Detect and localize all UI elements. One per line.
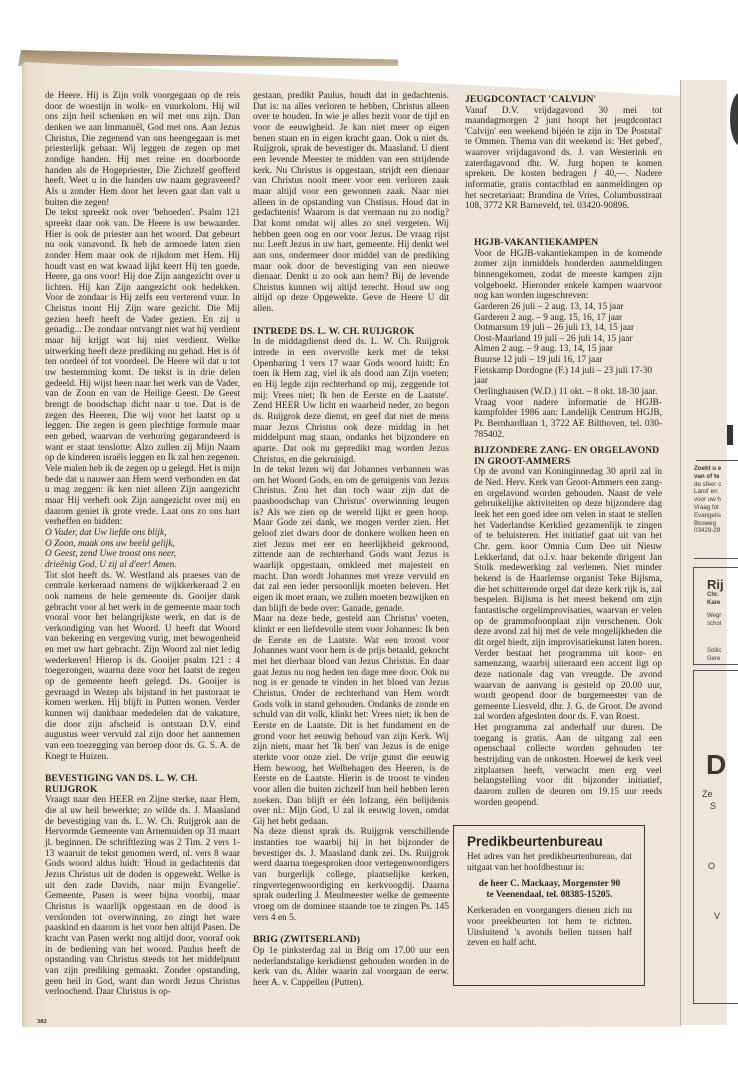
article-body-brig: Op 1e pinksterdag zal in Brig om 17.00 u… (253, 946, 449, 989)
next-page-ad-box-2: D Ze S O V (693, 670, 738, 1004)
fragment-line: schol (707, 621, 738, 629)
column-2: gestaan, predikt Paulus, houdt dat in ge… (253, 91, 449, 989)
camp-list-item: Garderen 2 aug. – 9 aug. 15, 16, 17 jaar (474, 313, 662, 324)
next-page-ad-text: Zoekt u e van of te de sfeer c Land' en … (694, 465, 738, 535)
notice-title: Predikbeurtenbureau (467, 834, 632, 849)
next-page-photo-fragment (730, 92, 738, 146)
fragment-line: Land' en (694, 488, 738, 496)
notice-intro: Het adres van het predikbeurtenbureau, d… (467, 852, 632, 873)
fragment-line: S (710, 801, 716, 811)
next-page-rule (696, 460, 738, 461)
predikbeurtenbureau-notice-box: Predikbeurtenbureau Het adres van het pr… (453, 825, 645, 986)
article-heading-jeugdcontact: JEUGDCONTACT 'CALVIJN' (465, 95, 662, 106)
hgjb-section: HGJB-VAKANTIEKAMPEN Voor de HGJB-vakanti… (465, 238, 662, 808)
fragment-big-letter: D (706, 749, 726, 781)
camp-list-item: Garderen 26 juli – 2 aug. 13, 14, 15 jaa… (474, 302, 662, 313)
next-page-heading-fragment (727, 425, 733, 445)
closing-paragraph: Tot slot heeft ds. W. Westland als praes… (45, 571, 240, 763)
article-paragraph: In de middagdienst deed ds. L. W. Ch. Ru… (253, 337, 449, 465)
fragment-line: 03429-29 (694, 527, 738, 535)
fragment-line: Sollic (707, 648, 738, 656)
fragment-line: Wegr (707, 613, 738, 621)
camp-list-item: Ootmarsum 19 juli – 26 juli 13, 14, 15 j… (474, 323, 662, 334)
poem-line: O Geest, zend Uwe troost ons neer, (45, 549, 240, 560)
poem-line: O Zoon, maak ons uw beeld gelijk, (45, 539, 240, 550)
column-3: JEUGDCONTACT 'CALVIJN' Vanaf D.V. vrijda… (465, 95, 662, 808)
address-line-1: de heer C. Mackaay, Morgenster 90 (467, 879, 632, 890)
notice-address: de heer C. Mackaay, Morgenster 90 te Vee… (467, 879, 632, 900)
camp-list-item: Oerlinghausen (W.D.) 11 okt. – 8 okt. 18… (474, 387, 662, 398)
address-line-2: te Veenendaal, tel. 08385-15205. (467, 890, 632, 901)
camp-list-item: Almen 2 aug. – 9 aug. 13, 14, 15 jaar (474, 344, 662, 355)
article-heading-bevestiging: BEVESTIGING VAN DS. L. W. CH. RUIJGROK (45, 774, 240, 795)
article-heading-hgjb: HGJB-VAKANTIEKAMPEN (474, 238, 662, 249)
prayer-poem: O Vader, dat Uw liefde ons blijk, O Zoon… (45, 528, 240, 571)
camp-list-item: Oost-Maarland 19 juli – 26 juli 14, 15 j… (474, 334, 662, 345)
camp-list: Garderen 26 juli – 2 aug. 13, 14, 15 jaa… (474, 302, 662, 398)
article-paragraph: Het programma zal anderhalf uur duren. D… (474, 723, 662, 808)
fragment-line: voor uw h (694, 496, 738, 504)
article-heading-zangavond: BIJZONDERE ZANG- EN ORGELAVOND IN GROOT-… (474, 446, 662, 467)
next-page-ad-box-1: Rij Chr. Kare Wegr schol Sollic Gere Inl… (693, 567, 738, 665)
fragment-line: O (708, 861, 715, 871)
article-continuation-paragraph: de Heere. Hij is Zijn volk voorgegaan op… (45, 91, 240, 208)
article-paragraph: Maar na deze bede, gesteld aan Christus'… (253, 614, 449, 827)
article-body-bevestiging: Vraagt naar den HEER en Zijne sterke, na… (45, 795, 240, 997)
article-paragraph: Op de avond van Koninginnedag 30 april z… (474, 467, 662, 723)
fragment-line: Zoekt u e (694, 465, 721, 472)
page-top-edge (18, 50, 398, 66)
camp-list-item: Fietskamp Dordogne (F.) 14 juli – 23 jul… (474, 366, 662, 387)
column-1: de Heere. Hij is Zijn volk voorgegaan op… (45, 91, 240, 998)
article-continuation-paragraph: De tekst spreekt ook over 'behoeden'. Ps… (45, 208, 240, 528)
article-paragraph: Na deze dienst sprak ds. Ruijgrok versch… (253, 827, 449, 923)
article-continuation-bevestiging: gestaan, predikt Paulus, houdt dat in ge… (253, 91, 449, 315)
fragment-line: de sfeer c (694, 481, 738, 489)
fragment-line: Gere (707, 656, 738, 664)
article-heading-brig: BRIG (ZWITSERLAND) (253, 935, 449, 946)
fragment-line: Chr. (707, 592, 719, 598)
article-outro-hgjb: Vraag voor nadere informatie de HGJB-kam… (474, 398, 662, 441)
article-intro-hgjb: Voor de HGJB-vakantiekampen in de komend… (474, 249, 662, 302)
notice-footer: Kerkeraden en voorgangers dienen zich nu… (467, 906, 632, 948)
fragment-line: van of te (694, 473, 719, 480)
next-page-rule (694, 558, 738, 559)
camp-list-item: Buurse 12 juli – 19 juli 16, 17 jaar (474, 355, 662, 366)
fragment-line: Vraag fol (694, 504, 738, 512)
poem-line: O Vader, dat Uw liefde ons blijk, (45, 528, 240, 539)
poem-line: drieënig God, U zij al d'eer! Amen. (45, 560, 240, 571)
article-heading-intrede: INTREDE DS. L. W. CH. RUIJGROK (253, 327, 449, 338)
fragment-line: Evangelis (694, 512, 738, 520)
article-body-jeugdcontact: Vanaf D.V. vrijdagavond 30 mei tot maand… (465, 106, 662, 213)
article-paragraph: In de tekst lezen wij dat Johannes verba… (253, 465, 449, 614)
fragment-line: Ze (702, 789, 713, 799)
fragment-title: Rij (707, 578, 738, 592)
fragment-line: V (714, 911, 720, 921)
page-number: 302 (37, 1018, 47, 1025)
fragment-line: Bosweg (694, 520, 738, 528)
fragment-line: Kare (707, 600, 720, 606)
